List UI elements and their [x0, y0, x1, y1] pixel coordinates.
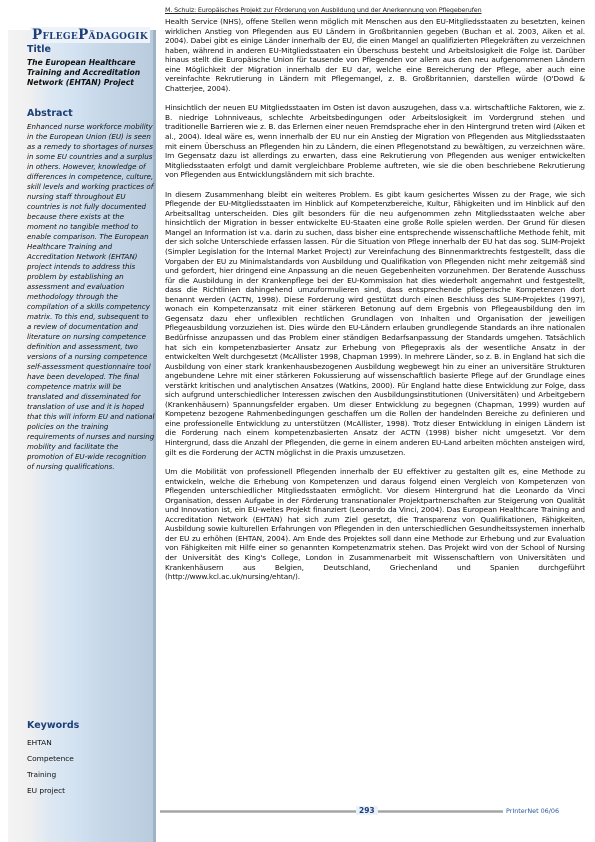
footer-rule-right	[385, 810, 503, 813]
body-paragraph: Hinsichtlich der neuen EU Mitgliedsstaat…	[165, 103, 585, 179]
body-paragraph: Health Service (NHS), offene Stellen wen…	[165, 17, 585, 93]
issue-reference: PrInterNet 06/06	[506, 807, 559, 815]
sidebar-title-section: Title The European Healthcare Training a…	[27, 44, 155, 88]
page-number: 293	[356, 806, 378, 815]
keywords-heading: Keywords	[27, 720, 155, 731]
sidebar-keywords-section: Keywords EHTAN Competence Training EU pr…	[27, 720, 155, 799]
body-paragraph: In diesem Zusammenhang bleibt ein weiter…	[165, 190, 585, 457]
abstract-heading: Abstract	[27, 108, 155, 119]
keyword-item: EHTAN	[27, 735, 155, 751]
keyword-item: Competence	[27, 751, 155, 767]
article-body: Health Service (NHS), offene Stellen wen…	[165, 17, 585, 592]
abstract-text: Enhanced nurse workforce mobility in the…	[27, 122, 155, 472]
body-paragraph: Um die Mobilität von professionell Pfleg…	[165, 467, 585, 582]
sidebar-abstract-section: Abstract Enhanced nurse workforce mobili…	[27, 108, 155, 472]
journal-logo: PflegePädagogik	[30, 27, 150, 43]
running-header: M. Schulz: Europäisches Projekt zur Förd…	[165, 6, 585, 14]
keyword-item: Training	[27, 767, 155, 783]
keyword-item: EU project	[27, 783, 155, 799]
keyword-list: EHTAN Competence Training EU project	[27, 735, 155, 799]
article-title-en: The European Healthcare Training and Acc…	[27, 58, 155, 88]
title-heading: Title	[27, 44, 155, 55]
